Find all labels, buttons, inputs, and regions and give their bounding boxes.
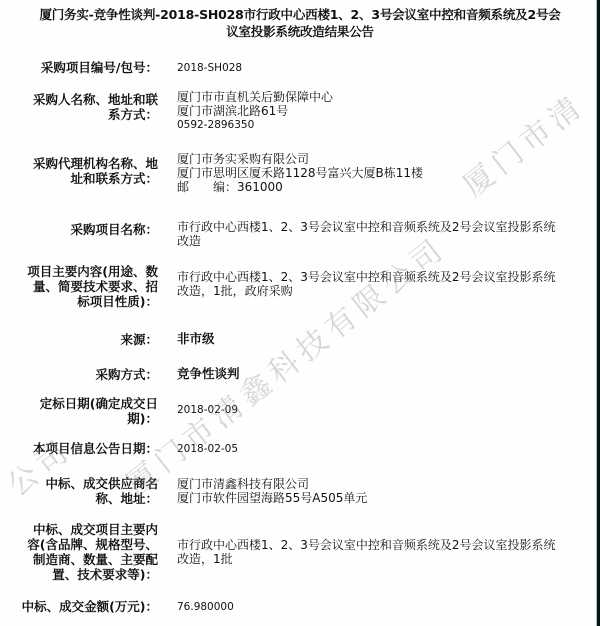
supplier-address: 厦门市软件园望海路55号A505单元 <box>177 491 577 505</box>
field-value: 2018-02-05 <box>177 442 577 456</box>
purchaser-address: 厦门市湖滨北路61号 <box>177 104 577 118</box>
field-value: 市行政中心西楼1、2、3号会议室中控和音频系统及2号会议室投影系统 改造，1批，… <box>177 270 577 298</box>
field-value: 市行政中心西楼1、2、3号会议室中控和音频系统及2号会议室投影系统 改造 <box>177 220 577 248</box>
window-edge <box>596 0 600 626</box>
purchaser-phone: 0592-2896350 <box>177 118 577 132</box>
field-label: 采购人名称、地址和联 系方式： <box>20 92 158 122</box>
field-label: 来源： <box>20 332 158 347</box>
agency-address: 厦门市思明区厦禾路1128号富兴大厦B栋11楼 <box>177 166 577 180</box>
field-value: 厦门市清鑫科技有限公司 厦门市软件园望海路55号A505单元 <box>177 477 577 505</box>
title-line-2: 议室投影系统改造结果公告 <box>20 23 580 40</box>
field-label: 中标、成交金额(万元)： <box>10 599 158 614</box>
field-value: 竞争性谈判 <box>177 367 577 381</box>
field-label: 采购项目编号/包号： <box>20 60 158 75</box>
field-value: 厦门市市直机关后勤保障中心 厦门市湖滨北路61号 0592-2896350 <box>177 90 577 132</box>
field-label: 本项目信息公告日期： <box>20 441 158 456</box>
field-value: 市行政中心西楼1、2、3号会议室中控和音频系统及2号会议室投影系统 改造，1批 <box>177 538 577 566</box>
field-label: 采购项目名称： <box>20 222 158 237</box>
title-line-1: 厦门务实-竞争性谈判-2018-SH028市行政中心西楼1、2、3号会议室中控和… <box>20 6 580 23</box>
announcement-page: 厦门务实-竞争性谈判-2018-SH028市行政中心西楼1、2、3号会议室中控和… <box>0 0 597 626</box>
agency-postcode: 邮 编：361000 <box>177 180 577 194</box>
agency-name: 厦门市务实采购有限公司 <box>177 152 577 166</box>
field-label: 定标日期(确定成交日 期)： <box>20 396 158 426</box>
field-value: 非市级 <box>177 332 577 346</box>
field-value: 2018-02-09 <box>177 403 577 417</box>
field-label: 项目主要内容(用途、数 量、简要技术要求、招 标项目性质)： <box>20 264 158 309</box>
field-value: 厦门市务实采购有限公司 厦门市思明区厦禾路1128号富兴大厦B栋11楼 邮 编：… <box>177 152 577 194</box>
field-label: 采购代理机构名称、地 址和联系方式： <box>20 156 158 186</box>
field-value: 2018-SH028 <box>177 61 577 75</box>
field-label: 中标、成交供应商名 称、地址： <box>20 476 158 506</box>
field-value: 76.980000 <box>177 600 577 614</box>
supplier-name: 厦门市清鑫科技有限公司 <box>177 477 577 491</box>
field-label: 中标、成交项目主要内 容(含品牌、规格型号、 制造商、数量、主要配 置、技术要求… <box>20 522 158 582</box>
page-title: 厦门务实-竞争性谈判-2018-SH028市行政中心西楼1、2、3号会议室中控和… <box>20 6 580 40</box>
watermark-text: 厦门市清鑫科技有限公司 <box>115 224 454 502</box>
purchaser-name: 厦门市市直机关后勤保障中心 <box>177 90 577 104</box>
field-label: 采购方式： <box>20 367 158 382</box>
